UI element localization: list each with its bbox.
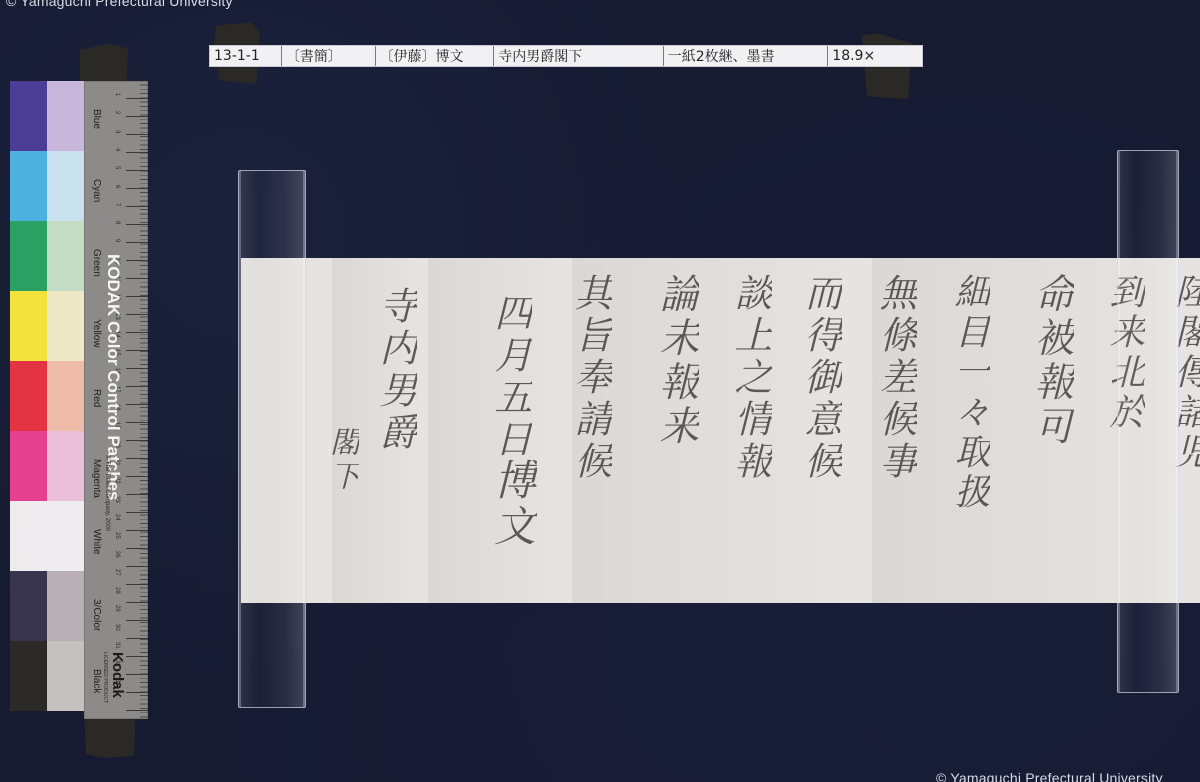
patch-dark: [10, 221, 47, 291]
patch-light: [47, 641, 84, 711]
label-catalog-number: 13-1-1: [210, 46, 282, 66]
patch-light: [47, 361, 84, 431]
patch-white: [10, 501, 84, 571]
acrylic-weight-left: [238, 170, 306, 708]
patch-dark: [10, 151, 47, 221]
patch-dark: [10, 361, 47, 431]
ruler-number: 2: [114, 111, 120, 114]
patch-row-yellow: [10, 291, 88, 361]
calligraphy-column: 而得御意候: [801, 273, 839, 593]
calligraphy-column: 其旨奉請候: [571, 273, 609, 593]
patch-label: Green: [91, 249, 102, 277]
patch-light: [47, 431, 84, 501]
calligraphy-column: 細目一々取扱: [951, 273, 987, 593]
patch-dark: [10, 291, 47, 361]
patch-dark: [10, 571, 47, 641]
label-dimensions: 18.9×: [828, 46, 922, 66]
patch-label: Magenta: [91, 459, 102, 498]
catalog-label: 13-1-1 〔書簡〕 〔伊藤〕博文 寺内男爵閣下 一紙2枚継、墨書 18.9×: [209, 45, 923, 67]
patch-label: Cyan: [91, 179, 102, 202]
ruler-number: 25: [114, 532, 120, 539]
acrylic-weight-right: [1117, 150, 1179, 693]
ruler-number: 6: [114, 185, 120, 188]
kodak-licensed-text: LICENSED PRODUCT: [102, 652, 108, 703]
ruler-number: 28: [114, 587, 120, 594]
patch-label: 3/Color: [91, 599, 102, 631]
patch-row-black: [10, 641, 88, 711]
ruler-number: 5: [114, 166, 120, 169]
label-author: 〔伊藤〕博文: [376, 46, 495, 66]
patch-row-blue: [10, 81, 88, 151]
patch-label: Blue: [91, 109, 102, 129]
ruler-number: 7: [114, 203, 120, 206]
ruler-number: 29: [114, 605, 120, 612]
calligraphy-column: 命被報可: [1031, 273, 1071, 593]
ruler-number: 30: [114, 624, 120, 631]
patch-row-cyan: [10, 151, 88, 221]
copyright-watermark-bottom: © Yamaguchi Prefectural University: [936, 770, 1163, 782]
calligraphy-column: 談上之情報: [731, 273, 769, 593]
ruler-number: 31: [114, 642, 120, 649]
color-control-patches: [10, 81, 88, 719]
kodak-logo: Kodak: [109, 652, 126, 698]
ruler-number: 4: [114, 148, 120, 151]
patch-label: Black: [91, 669, 102, 693]
patch-row-red: [10, 361, 88, 431]
calligraphy-column: 閣下: [326, 426, 356, 593]
patch-light: [47, 151, 84, 221]
ruler-ticks: [126, 81, 148, 719]
patch-light: [47, 571, 84, 641]
ruler-number: 9: [114, 239, 120, 242]
patch-row-green: [10, 221, 88, 291]
patch-label: Red: [91, 389, 102, 407]
label-category: 〔書簡〕: [282, 46, 376, 66]
calligraphy-column: 論未報来: [656, 273, 696, 593]
ruler-number: 3: [114, 130, 120, 133]
ruler-number: 24: [114, 514, 120, 521]
ruler-number: 27: [114, 569, 120, 576]
label-recipient: 寺内男爵閣下: [494, 46, 664, 66]
chart-copyright: © The Tiffen Company, 2000: [104, 455, 110, 531]
patch-label: Yellow: [91, 319, 102, 348]
patch-row-white: [10, 501, 88, 571]
copyright-watermark-top: © Yamaguchi Prefectural University: [6, 0, 233, 9]
patch-light: [47, 291, 84, 361]
ruler-number: 1: [114, 93, 120, 96]
patch-dark: [10, 641, 47, 711]
letter-paper: 寺内男爵閣下四月五日博文其旨奉請候論未報来談上之情報而得御意候無條差候事細目一々…: [241, 258, 1200, 603]
patch-light: [47, 81, 84, 151]
ruler-number: 8: [114, 221, 120, 224]
ruler-number: 26: [114, 551, 120, 558]
calligraphy-column: 無條差候事: [876, 273, 914, 593]
label-format: 一紙2枚継、墨書: [664, 46, 829, 66]
patch-dark: [10, 431, 47, 501]
patch-row-3-color: [10, 571, 88, 641]
calligraphy-column: 博文: [491, 458, 533, 593]
patch-label: White: [91, 529, 102, 555]
patch-dark: [10, 81, 47, 151]
patch-row-magenta: [10, 431, 88, 501]
patch-light: [47, 221, 84, 291]
calligraphy-column: 寺内男爵: [376, 286, 414, 593]
